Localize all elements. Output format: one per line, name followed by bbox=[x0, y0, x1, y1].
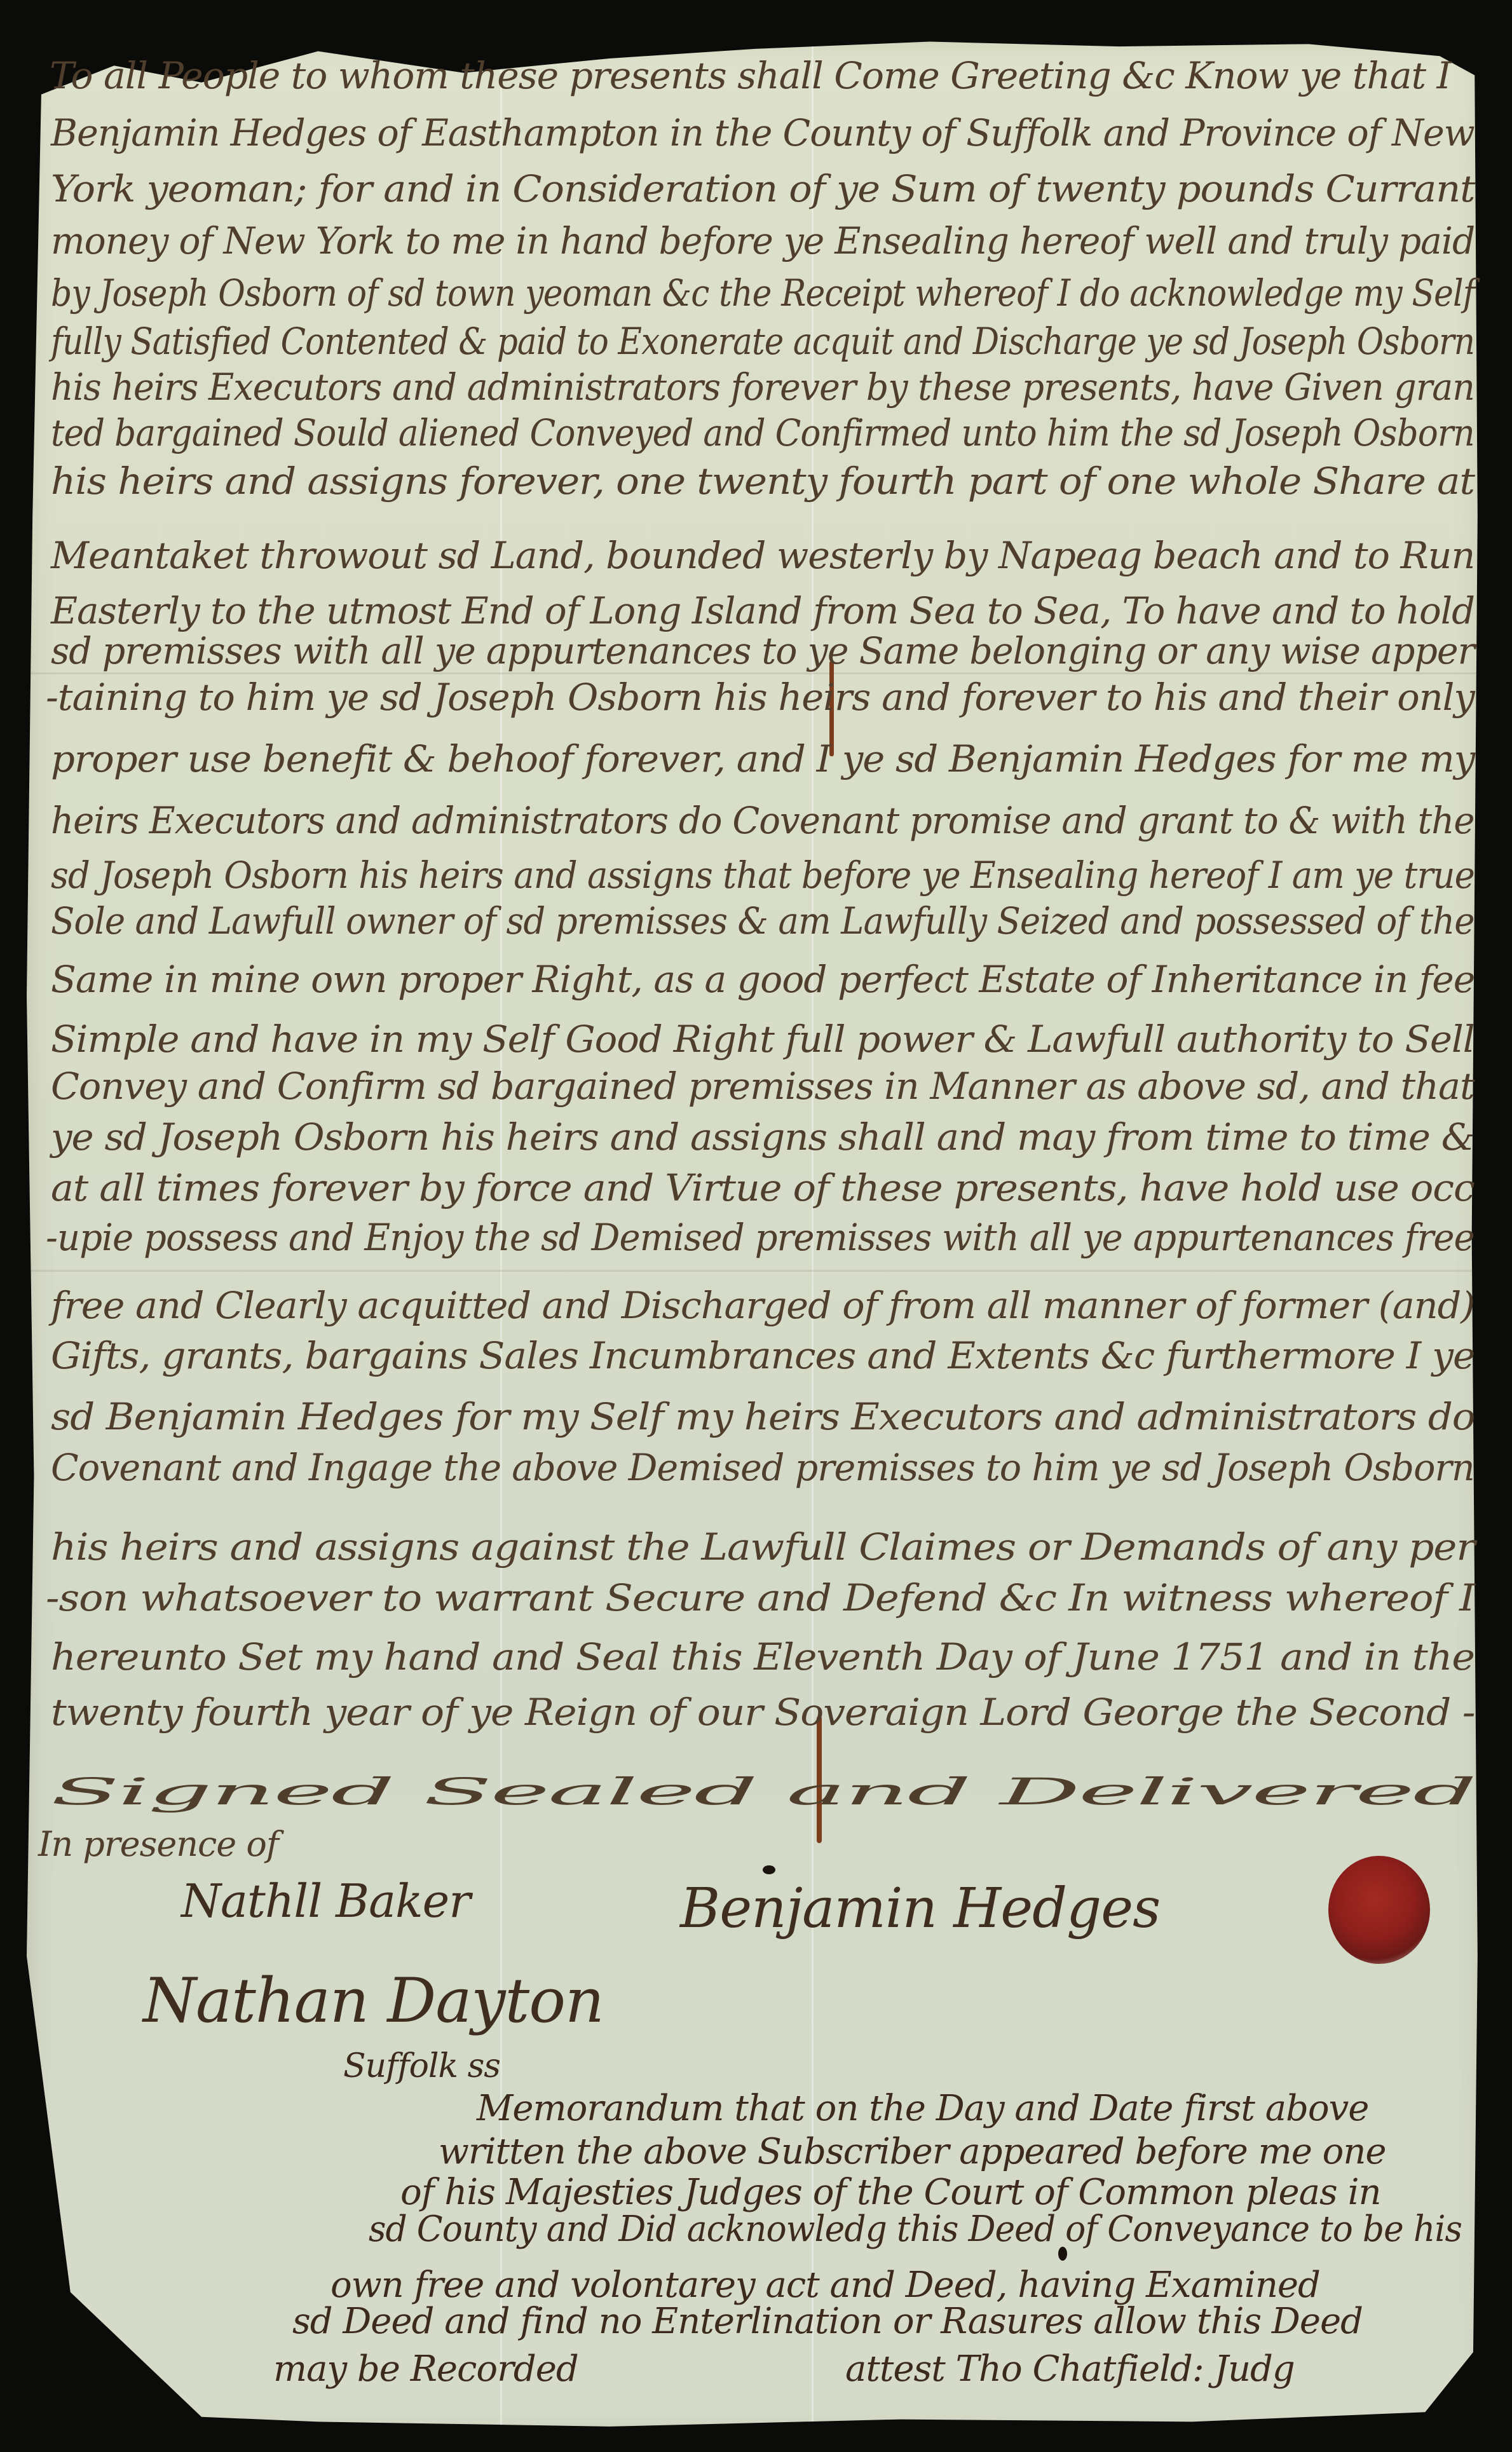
body-line: Benjamin Hedges of Easthampton in the Co… bbox=[51, 114, 1475, 151]
body-line: by Joseph Osborn of sd town yeoman &c th… bbox=[51, 275, 1475, 311]
ink-blot bbox=[763, 1865, 775, 1874]
body-line: Simple and have in my Self Good Right fu… bbox=[51, 1021, 1475, 1058]
body-line: ye sd Joseph Osborn his heirs and assign… bbox=[51, 1119, 1475, 1155]
body-line: Convey and Confirm sd bargained premisse… bbox=[51, 1068, 1475, 1105]
body-line: Easterly to the utmost End of Long Islan… bbox=[51, 592, 1475, 629]
body-line: Sole and Lawfull owner of sd premisses &… bbox=[51, 902, 1475, 939]
body-line: his heirs Executors and administrators f… bbox=[51, 369, 1475, 405]
body-line: sd Benjamin Hedges for my Self my heirs … bbox=[51, 1398, 1475, 1435]
fold-crease bbox=[27, 672, 1483, 674]
memo-line: sd Deed and find no Enterlination or Ras… bbox=[292, 2304, 1363, 2340]
body-line: his heirs and assigns against the Lawful… bbox=[51, 1529, 1475, 1565]
witness-signature: Nathan Dayton bbox=[143, 1970, 604, 2031]
body-line: his heirs and assigns forever, one twent… bbox=[51, 463, 1475, 500]
body-line: To all People to whom these presents sha… bbox=[50, 57, 1475, 94]
memo-line: of his Majesties Judges of the Court of … bbox=[400, 2175, 1381, 2210]
body-line: fully Satisfied Contented & paid to Exon… bbox=[51, 323, 1475, 360]
body-line: ted bargained Sould aliened Conveyed and… bbox=[51, 414, 1475, 451]
body-line: Covenant and Ingage the above Demised pr… bbox=[51, 1449, 1475, 1486]
body-line: hereunto Set my hand and Seal this Eleve… bbox=[51, 1638, 1475, 1675]
body-line: sd premisses with all ye appurtenances t… bbox=[51, 632, 1475, 669]
body-line: Gifts, grants, bargains Sales Incumbranc… bbox=[51, 1337, 1475, 1374]
body-line: Same in mine own proper Right, as a good… bbox=[51, 961, 1475, 998]
body-line: free and Clearly acquitted and Discharge… bbox=[51, 1287, 1475, 1324]
memo-line: own free and volontarey act and Deed, ha… bbox=[330, 2268, 1320, 2303]
body-line: -son whatsoever to warrant Secure and De… bbox=[46, 1579, 1475, 1616]
memo-line: written the above Subscriber appeared be… bbox=[439, 2134, 1386, 2170]
grantor-signature: Benjamin Hedges bbox=[680, 1881, 1160, 1936]
memo-line: may be Recorded bbox=[273, 2352, 578, 2387]
body-line: Signed Sealed and Delivered bbox=[51, 1773, 1475, 1810]
wax-seal bbox=[1328, 1856, 1430, 1964]
memo-line: Memorandum that on the Day and Date firs… bbox=[477, 2091, 1368, 2127]
body-line: sd Joseph Osborn his heirs and assigns t… bbox=[51, 857, 1475, 894]
body-line: Meantaket throwout sd Land, bounded west… bbox=[51, 537, 1475, 574]
venue-label: Suffolk ss bbox=[343, 2050, 500, 2083]
judge-attestation: attest Tho Chatfield: Judg bbox=[845, 2352, 1295, 2387]
body-line: at all times forever by force and Virtue… bbox=[51, 1169, 1475, 1206]
witness-label: In presence of bbox=[38, 1827, 278, 1862]
body-line: -upie possess and Enjoy the sd Demised p… bbox=[46, 1219, 1475, 1256]
body-line: money of New York to me in hand before y… bbox=[51, 222, 1475, 259]
memo-line: sd County and Did acknowledg this Deed o… bbox=[369, 2212, 1462, 2247]
body-line: twenty fourth year of ye Reign of our So… bbox=[51, 1694, 1475, 1731]
body-line: proper use benefit & behoof forever, and… bbox=[51, 740, 1475, 777]
body-line: -taining to him ye sd Joseph Osborn his … bbox=[46, 679, 1475, 716]
fold-crease bbox=[27, 1270, 1483, 1272]
body-line: York yeoman; for and in Consideration of… bbox=[51, 170, 1475, 207]
witness-signature: Nathll Baker bbox=[181, 1878, 470, 1924]
body-line: heirs Executors and administrators do Co… bbox=[51, 802, 1475, 839]
